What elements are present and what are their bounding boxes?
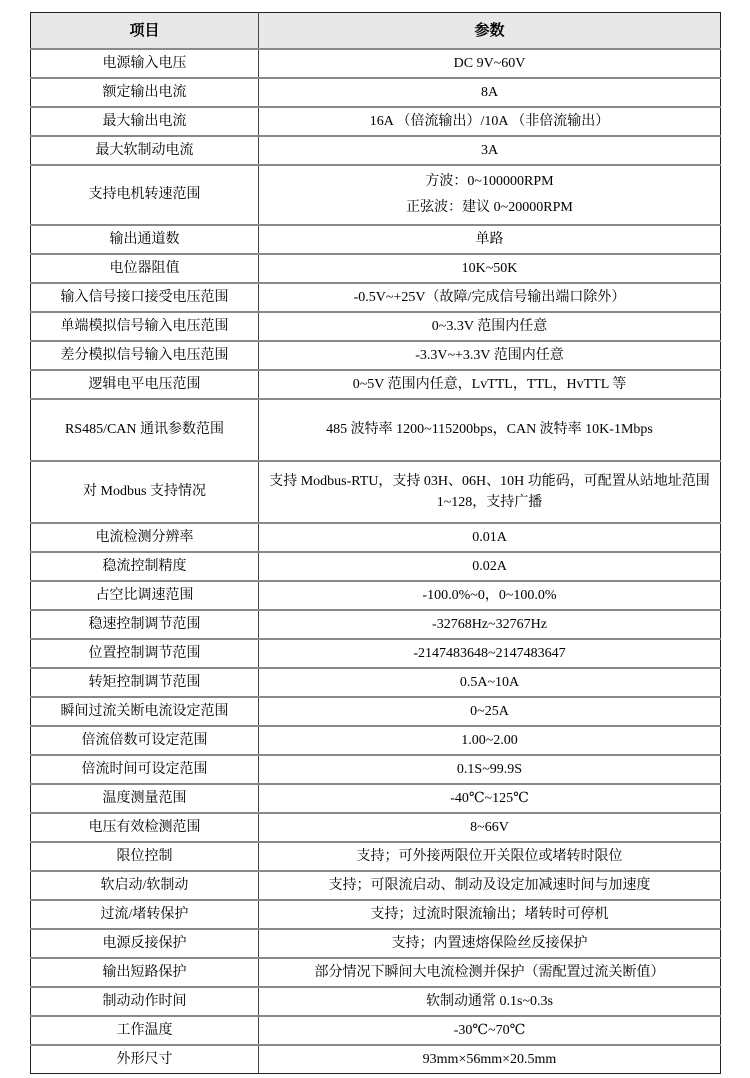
table-row: 额定输出电流8A <box>31 78 721 107</box>
param-cell: 1.00~2.00 <box>259 726 721 755</box>
param-cell: 支持；内置速熔保险丝反接保护 <box>259 929 721 958</box>
item-cell: 输出通道数 <box>31 225 259 254</box>
item-cell: 差分模拟信号输入电压范围 <box>31 341 259 370</box>
param-cell: 支持；可外接两限位开关限位或堵转时限位 <box>259 842 721 871</box>
table-row: 制动动作时间软制动通常 0.1s~0.3s <box>31 987 721 1016</box>
item-cell: 占空比调速范围 <box>31 581 259 610</box>
table-row: 输入信号接口接受电压范围-0.5V~+25V（故障/完成信号输出端口除外） <box>31 283 721 312</box>
item-cell: 稳速控制调节范围 <box>31 610 259 639</box>
param-cell: 0.1S~99.9S <box>259 755 721 784</box>
item-cell: 输出短路保护 <box>31 958 259 987</box>
param-line: 正弦波：建议 0~20000RPM <box>265 195 714 221</box>
item-cell: 限位控制 <box>31 842 259 871</box>
item-cell: 位置控制调节范围 <box>31 639 259 668</box>
param-cell: 0~5V 范围内任意，LvTTL，TTL，HvTTL 等 <box>259 370 721 399</box>
table-row: 瞬间过流关断电流设定范围0~25A <box>31 697 721 726</box>
table-row: 输出短路保护部分情况下瞬间大电流检测并保护（需配置过流关断值） <box>31 958 721 987</box>
param-cell: 支持 Modbus-RTU，支持 03H、06H、10H 功能码，可配置从站地址… <box>259 461 721 523</box>
item-cell: 电源反接保护 <box>31 929 259 958</box>
table-row: 倍流倍数可设定范围1.00~2.00 <box>31 726 721 755</box>
table-row: 单端模拟信号输入电压范围0~3.3V 范围内任意 <box>31 312 721 341</box>
param-cell: 支持；过流时限流输出；堵转时可停机 <box>259 900 721 929</box>
param-line: 方波：0~100000RPM <box>265 169 714 195</box>
item-cell: 转矩控制调节范围 <box>31 668 259 697</box>
param-cell: -0.5V~+25V（故障/完成信号输出端口除外） <box>259 283 721 312</box>
table-row: 温度测量范围-40℃~125℃ <box>31 784 721 813</box>
table-row: 过流/堵转保护支持；过流时限流输出；堵转时可停机 <box>31 900 721 929</box>
item-cell: 工作温度 <box>31 1016 259 1045</box>
param-cell: 0~3.3V 范围内任意 <box>259 312 721 341</box>
table-row: 支持电机转速范围方波：0~100000RPM正弦波：建议 0~20000RPM <box>31 165 721 225</box>
param-cell: 方波：0~100000RPM正弦波：建议 0~20000RPM <box>259 165 721 225</box>
table-row: 工作温度-30℃~70℃ <box>31 1016 721 1045</box>
table-row: 外形尺寸93mm×56mm×20.5mm <box>31 1045 721 1074</box>
item-cell: 额定输出电流 <box>31 78 259 107</box>
param-cell: -2147483648~2147483647 <box>259 639 721 668</box>
param-cell: -100.0%~0，0~100.0% <box>259 581 721 610</box>
table-row: 限位控制支持；可外接两限位开关限位或堵转时限位 <box>31 842 721 871</box>
table-row: 电流检测分辨率0.01A <box>31 523 721 552</box>
param-cell: 8A <box>259 78 721 107</box>
param-cell: 16A （倍流输出）/10A （非倍流输出） <box>259 107 721 136</box>
item-cell: 倍流倍数可设定范围 <box>31 726 259 755</box>
item-cell: 最大软制动电流 <box>31 136 259 165</box>
param-cell: 单路 <box>259 225 721 254</box>
item-cell: 最大输出电流 <box>31 107 259 136</box>
item-cell: 电压有效检测范围 <box>31 813 259 842</box>
param-cell: 支持；可限流启动、制动及设定加减速时间与加速度 <box>259 871 721 900</box>
item-cell: 倍流时间可设定范围 <box>31 755 259 784</box>
param-cell: DC 9V~60V <box>259 49 721 78</box>
item-cell: 对 Modbus 支持情况 <box>31 461 259 523</box>
item-cell: 制动动作时间 <box>31 987 259 1016</box>
item-cell: 温度测量范围 <box>31 784 259 813</box>
table-row: 最大输出电流16A （倍流输出）/10A （非倍流输出） <box>31 107 721 136</box>
param-cell: 3A <box>259 136 721 165</box>
table-row: 转矩控制调节范围0.5A~10A <box>31 668 721 697</box>
param-cell: 93mm×56mm×20.5mm <box>259 1045 721 1074</box>
item-cell: RS485/CAN 通讯参数范围 <box>31 399 259 461</box>
item-cell: 外形尺寸 <box>31 1045 259 1074</box>
param-cell: -32768Hz~32767Hz <box>259 610 721 639</box>
table-row: 逻辑电平电压范围0~5V 范围内任意，LvTTL，TTL，HvTTL 等 <box>31 370 721 399</box>
table-row: 最大软制动电流3A <box>31 136 721 165</box>
header-item: 项目 <box>31 13 259 49</box>
table-row: 电源输入电压DC 9V~60V <box>31 49 721 78</box>
table-row: 软启动/软制动支持；可限流启动、制动及设定加减速时间与加速度 <box>31 871 721 900</box>
param-cell: 10K~50K <box>259 254 721 283</box>
item-cell: 稳流控制精度 <box>31 552 259 581</box>
table-header-row: 项目 参数 <box>31 13 721 49</box>
param-cell: -3.3V~+3.3V 范围内任意 <box>259 341 721 370</box>
table-row: 倍流时间可设定范围0.1S~99.9S <box>31 755 721 784</box>
item-cell: 单端模拟信号输入电压范围 <box>31 312 259 341</box>
table-row: 位置控制调节范围-2147483648~2147483647 <box>31 639 721 668</box>
table-row: 对 Modbus 支持情况支持 Modbus-RTU，支持 03H、06H、10… <box>31 461 721 523</box>
item-cell: 支持电机转速范围 <box>31 165 259 225</box>
item-cell: 输入信号接口接受电压范围 <box>31 283 259 312</box>
param-cell: 0.5A~10A <box>259 668 721 697</box>
table-row: 电压有效检测范围8~66V <box>31 813 721 842</box>
item-cell: 电流检测分辨率 <box>31 523 259 552</box>
item-cell: 瞬间过流关断电流设定范围 <box>31 697 259 726</box>
param-cell: 0~25A <box>259 697 721 726</box>
spec-table: 项目 参数 电源输入电压DC 9V~60V额定输出电流8A最大输出电流16A （… <box>30 12 721 1074</box>
table-row: 差分模拟信号输入电压范围-3.3V~+3.3V 范围内任意 <box>31 341 721 370</box>
table-row: 稳流控制精度0.02A <box>31 552 721 581</box>
param-cell: 部分情况下瞬间大电流检测并保护（需配置过流关断值） <box>259 958 721 987</box>
item-cell: 过流/堵转保护 <box>31 900 259 929</box>
param-cell: -40℃~125℃ <box>259 784 721 813</box>
table-row: 电源反接保护支持；内置速熔保险丝反接保护 <box>31 929 721 958</box>
param-cell: 软制动通常 0.1s~0.3s <box>259 987 721 1016</box>
item-cell: 逻辑电平电压范围 <box>31 370 259 399</box>
param-cell: 485 波特率 1200~115200bps，CAN 波特率 10K-1Mbps <box>259 399 721 461</box>
item-cell: 电源输入电压 <box>31 49 259 78</box>
table-row: 电位器阻值10K~50K <box>31 254 721 283</box>
header-param: 参数 <box>259 13 721 49</box>
table-row: 稳速控制调节范围-32768Hz~32767Hz <box>31 610 721 639</box>
param-cell: 8~66V <box>259 813 721 842</box>
table-row: 占空比调速范围-100.0%~0，0~100.0% <box>31 581 721 610</box>
table-body: 电源输入电压DC 9V~60V额定输出电流8A最大输出电流16A （倍流输出）/… <box>31 49 721 1074</box>
param-cell: -30℃~70℃ <box>259 1016 721 1045</box>
param-cell: 0.02A <box>259 552 721 581</box>
table-row: 输出通道数单路 <box>31 225 721 254</box>
param-cell: 0.01A <box>259 523 721 552</box>
item-cell: 软启动/软制动 <box>31 871 259 900</box>
item-cell: 电位器阻值 <box>31 254 259 283</box>
table-row: RS485/CAN 通讯参数范围485 波特率 1200~115200bps，C… <box>31 399 721 461</box>
